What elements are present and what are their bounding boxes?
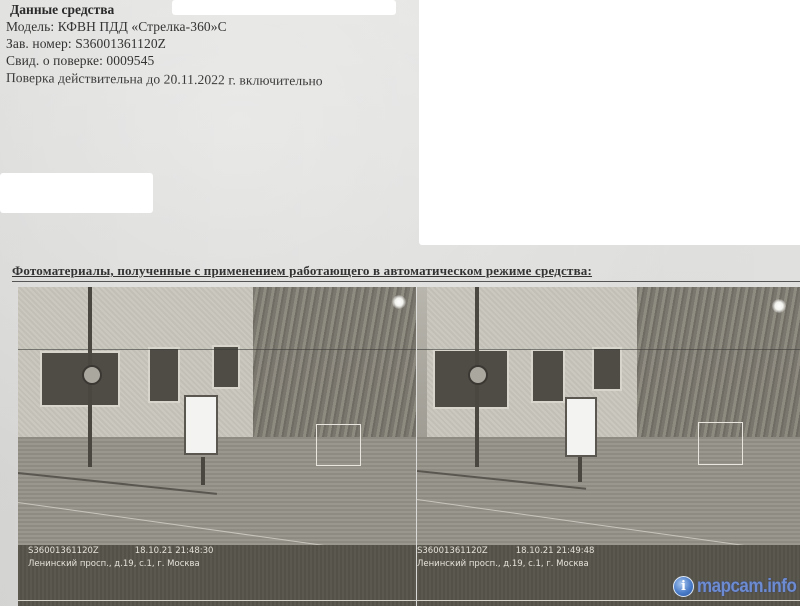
- redaction-box-left: [0, 173, 153, 213]
- window: [148, 347, 180, 403]
- device-model: Модель: КФВН ПДД «Стрелка-360»С: [6, 18, 406, 35]
- info-bar-rule: [18, 600, 416, 601]
- street-lamp: [772, 299, 786, 313]
- photo-location: Ленинский просп., д.19, с.1, г. Москва: [28, 558, 200, 571]
- redacted-board: [184, 395, 218, 455]
- device-verification: Поверка действительна до 20.11.2022 г. в…: [6, 69, 406, 90]
- redaction-box-top: [172, 0, 396, 15]
- redaction-box-right: [419, 0, 800, 245]
- road-sign: [82, 365, 102, 385]
- photo-info-bar: S36001361120Z18.10.21 21:48:30 Ленинский…: [18, 545, 416, 606]
- photos-caption: Фотоматериалы, полученные с применением …: [12, 263, 800, 279]
- device-serial: Зав. номер: S36001361120Z: [6, 35, 406, 52]
- road-sign: [468, 365, 488, 385]
- photo-meta-row: S36001361120Z18.10.21 21:48:30: [28, 545, 213, 558]
- vehicle-target-box: [698, 422, 743, 465]
- window: [40, 351, 120, 407]
- photo-serial: S36001361120Z: [28, 546, 99, 556]
- info-bar-rule: [417, 600, 800, 601]
- watermark-text: mapcam.info: [697, 575, 796, 598]
- window: [592, 347, 622, 391]
- window: [212, 345, 240, 389]
- info-icon: i: [673, 576, 694, 597]
- photo-location: Ленинский просп., д.19, с.1, г. Москва: [417, 558, 589, 571]
- photo-scene: [18, 287, 416, 545]
- street-lamp: [392, 295, 406, 309]
- evidence-photo-2: S36001361120Z18.10.21 21:49:48 Ленинский…: [417, 287, 800, 606]
- redacted-board: [565, 397, 597, 457]
- caption-divider: [12, 281, 800, 282]
- evidence-photo-1: S36001361120Z18.10.21 21:48:30 Ленинский…: [18, 287, 416, 606]
- watermark: i mapcam.info: [673, 575, 796, 597]
- photo-scene: [417, 287, 800, 545]
- board-pole: [201, 457, 205, 485]
- scan-line: [18, 349, 416, 350]
- photo-timestamp: 18.10.21 21:48:30: [135, 546, 214, 556]
- device-certificate: Свид. о поверке: 0009545: [6, 52, 406, 69]
- vehicle-target-box: [316, 424, 361, 466]
- photo-timestamp: 18.10.21 21:49:48: [516, 546, 595, 556]
- photo-meta-row: S36001361120Z18.10.21 21:49:48: [417, 545, 594, 558]
- window: [531, 349, 565, 403]
- photo-serial: S36001361120Z: [417, 546, 488, 556]
